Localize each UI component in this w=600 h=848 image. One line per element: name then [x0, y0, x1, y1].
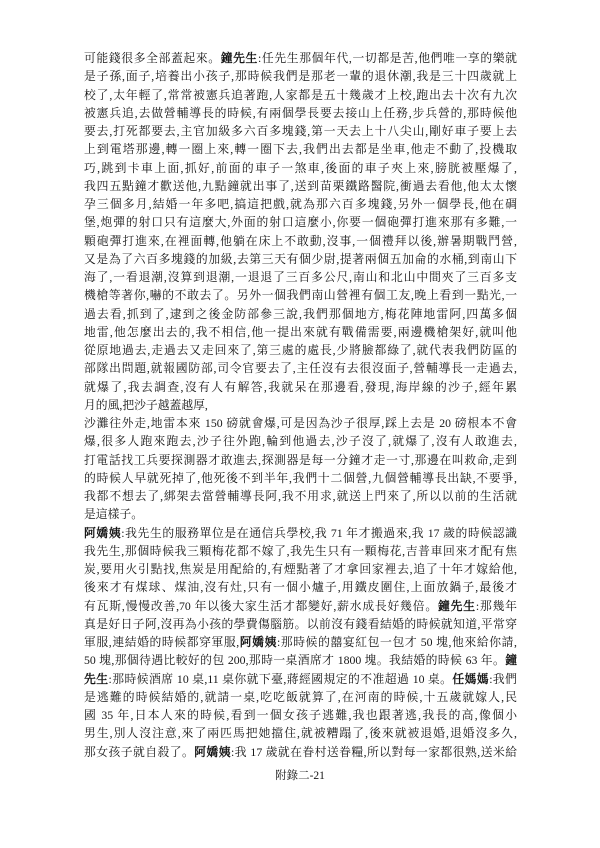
text-run: 要去,打死都要去,主官加級多六百多塊錢,第一天去上十八尖山,剛好車子要上去	[84, 124, 517, 138]
text-line: 我四五點鐘才歡送他,九點鐘就出事了,送到苗栗鐵路醫院,衝過去看他,他太太懷	[84, 177, 517, 195]
text-line: 又是為了六百多塊錢的加級,去第三天有個少尉,提著兩個五加侖的水桶,到南山下	[84, 250, 517, 268]
text-run: :那時候酒席 10 桌,11 桌你就下臺,蔣經國規定的不准超過 10 桌。	[109, 672, 453, 686]
text-run: 海了,一看退潮,沒算到退潮,一退退了三百多公尺,南山和北山中間夾了三百多支	[84, 270, 517, 284]
text-line: 月的風,把沙子越蓋越厚,	[84, 396, 517, 414]
text-line: 先生:那時候酒席 10 桌,11 桌你就下臺,蔣經國規定的不准超過 10 桌。任…	[84, 670, 517, 688]
speaker-name: 鐘	[505, 653, 517, 667]
speaker-name: 先生	[84, 672, 109, 686]
text-line: 男生,別人沒注意,來了兩匹馬把她擋住,就被糟蹋了,後來就被退婚,退婚沒多久,	[84, 724, 517, 742]
text-line: 我先生,那個時候我三顆梅花都不嫁了,我先生只有一顆梅花,吉普車回來才配有焦	[84, 542, 517, 560]
text-run: 上到電塔那邊,轉一圈上來,轉一圈下去,我們出去都是坐車,他走不動了,投機取	[84, 142, 517, 156]
text-line: 地雷,他怎麼出去的,我不相信,他一提出來就有戰備需要,兩邊機槍架好,就叫他	[84, 323, 517, 341]
speaker-name: 鐘先生	[221, 51, 258, 65]
text-run: :我 17 歲就在眷村送眷糧,所以對每一家都很熟,送米給	[231, 745, 517, 759]
text-run: 是逃難的時候結婚的,就請一桌,吃吃飯就算了,在河南的時候,十五歲就嫁人,民	[84, 690, 517, 704]
text-run: 可能錢很多全部蓋起來。	[84, 51, 221, 65]
text-run: :我們	[489, 672, 517, 686]
text-run: 就爆了,我去調查,沒有人有解答,我就呆在那邊看,發現,海岸線的沙子,經年累	[84, 380, 517, 394]
text-line: 要去,打死都要去,主官加級多六百多塊錢,第一天去上十八尖山,剛好車子要上去	[84, 122, 517, 140]
text-run: 軍服,連結婚的時候都穿軍服,	[84, 635, 239, 649]
text-line: 是逃難的時候結婚的,就請一桌,吃吃飯就算了,在河南的時候,十五歲就嫁人,民	[84, 688, 517, 706]
text-line: 50 塊,那個待遇比較好的包 200,那時一桌酒席才 1800 塊。我結婚的時候…	[84, 651, 517, 669]
speaker-name: 阿嬌姨	[194, 745, 231, 759]
text-run: 機槍等著你,嚇的不敢去了。另外一個我們南山營裡有個工友,晚上看到一點光,一	[84, 288, 517, 302]
text-line: 軍服,連結婚的時候都穿軍服,阿嬌姨:那時候的囍宴紅包一包才 50 塊,他來給你請…	[84, 633, 517, 651]
text-run: 我四五點鐘才歡送他,九點鐘就出事了,送到苗栗鐵路醫院,衝過去看他,他太太懷	[84, 179, 517, 193]
text-line: 打電話找工兵要探測器才敢進去,探測器是每一分鐘才走一寸,那邊在叫救命,走到	[84, 451, 517, 469]
text-run: 是子孫,面子,培養出小孩子,那時候我們是那老一輩的退休潮,我是三十四歲就上	[84, 69, 517, 83]
speaker-name: 鐘先生	[438, 599, 476, 613]
document-page: 可能錢很多全部蓋起來。鐘先生:任先生那個年代,一切都是苦,他們唯一享的樂就是子孫…	[0, 0, 600, 848]
text-line: 沙灘往外走,地雷本來 150 磅就會爆,可是因為沙子很厚,踩上去是 20 磅根本…	[84, 414, 517, 432]
text-run: 堡,炮彈的射口只有這麼大,外面的射口這麼小,你要一個砲彈打進來那有多難,一	[84, 215, 517, 229]
text-line: 校了,太年輕了,常常被憲兵追著跑,人家都是五十幾歲才上校,跑出去十次有九次	[84, 86, 517, 104]
speaker-name: 阿嬌姨	[84, 526, 121, 540]
text-line: 機槍等著你,嚇的不敢去了。另外一個我們南山營裡有個工友,晚上看到一點光,一	[84, 286, 517, 304]
text-line: 部隊出問題,就報國防部,司令官要去了,主任沒有去很沒面子,營輔導長一走過去,	[84, 359, 517, 377]
text-line: 爆,很多人跑來跑去,沙子往外跑,輪到他過去,沙子沒了,就爆了,沒有人敢進去,	[84, 432, 517, 450]
text-run: 男生,別人沒注意,來了兩匹馬把她擋住,就被糟蹋了,後來就被退婚,退婚沒多久,	[84, 726, 517, 740]
text-block: 可能錢很多全部蓋起來。鐘先生:任先生那個年代,一切都是苦,他們唯一享的樂就是子孫…	[84, 49, 517, 761]
text-run: 打電話找工兵要探測器才敢進去,探測器是每一分鐘才走一寸,那邊在叫救命,走到	[84, 453, 517, 467]
text-run: 從原地過去,走過去又走回來了,第三處的處長,少將臉都綠了,就代表我們防區的	[84, 343, 517, 357]
text-line: 有瓦斯,慢慢改善,70 年以後大家生活才都變好,薪水成長好幾倍。鐘先生:那幾年	[84, 597, 517, 615]
text-line: 可能錢很多全部蓋起來。鐘先生:任先生那個年代,一切都是苦,他們唯一享的樂就	[84, 49, 517, 67]
text-run: 炭,要用火引點找,焦炭是用配給的,有煙點著了才拿回家裡去,追了十年才嫁給他,	[84, 562, 517, 576]
text-line: 阿嬌姨:我先生的服務單位是在通信兵學校,我 71 年才搬過來,我 17 歲的時候…	[84, 524, 517, 542]
speaker-name: 阿嬌姨	[239, 635, 277, 649]
text-line: 海了,一看退潮,沒算到退潮,一退退了三百多公尺,南山和北山中間夾了三百多支	[84, 268, 517, 286]
text-run: 部隊出問題,就報國防部,司令官要去了,主任沒有去很沒面子,營輔導長一走過去,	[84, 361, 517, 375]
text-run: 爆,很多人跑來跑去,沙子往外跑,輪到他過去,沙子沒了,就爆了,沒有人敢進去,	[84, 434, 517, 448]
text-line: 我都不想去了,綁架去當營輔導長阿,我不用求,就送上門來了,所以以前的生活就	[84, 487, 517, 505]
text-line: 過去看,抓到了,逮到之後金防部參三說,我們那個地方,梅花陣地雷阿,四萬多個	[84, 305, 517, 323]
text-line: 是這樣子。	[84, 505, 517, 523]
text-line: 是子孫,面子,培養出小孩子,那時候我們是那老一輩的退休潮,我是三十四歲就上	[84, 67, 517, 85]
text-line: 孕三個多月,結婚一年多吧,搞這把戲,就為那六百多塊錢,另外一個學長,他在碉	[84, 195, 517, 213]
text-line: 國 35 年,日本人來的時候,看到一個女孩子逃難,我也跟著逃,我長的高,像個小	[84, 706, 517, 724]
text-run: 月的風,把沙子越蓋越厚,	[84, 398, 208, 412]
text-line: 的時候人早就死掉了,他死後不到半年,我們十二個營,九個營輔導長出缺,不要爭,	[84, 469, 517, 487]
text-line: 上到電塔那邊,轉一圈上來,轉一圈下去,我們出去都是坐車,他走不動了,投機取	[84, 140, 517, 158]
text-run: 是這樣子。	[84, 507, 143, 521]
text-run: 真是好日子阿,沒再為小孩的學費傷腦筋。以前沒有錢看結婚的時候就知道,平常穿	[84, 617, 517, 631]
text-run: 那女孩子就自殺了。	[84, 745, 194, 759]
text-run: 又是為了六百多塊錢的加級,去第三天有個少尉,提著兩個五加侖的水桶,到南山下	[84, 252, 517, 266]
text-run: 地雷,他怎麼出去的,我不相信,他一提出來就有戰備需要,兩邊機槍架好,就叫他	[84, 325, 517, 339]
text-line: 就爆了,我去調查,沒有人有解答,我就呆在那邊看,發現,海岸線的沙子,經年累	[84, 378, 517, 396]
text-line: 堡,炮彈的射口只有這麼大,外面的射口這麼小,你要一個砲彈打進來那有多難,一	[84, 213, 517, 231]
text-run: 的時候人早就死掉了,他死後不到半年,我們十二個營,九個營輔導長出缺,不要爭,	[84, 471, 517, 485]
text-run: 國 35 年,日本人來的時候,看到一個女孩子逃難,我也跟著逃,我長的高,像個小	[84, 708, 517, 722]
text-run: 有瓦斯,慢慢改善,70 年以後大家生活才都變好,薪水成長好幾倍。	[84, 599, 438, 613]
page-footer: 附錄二-21	[0, 767, 600, 783]
text-run: 過去看,抓到了,逮到之後金防部參三說,我們那個地方,梅花陣地雷阿,四萬多個	[84, 307, 517, 321]
text-run: 校了,太年輕了,常常被憲兵追著跑,人家都是五十幾歲才上校,跑出去十次有九次	[84, 88, 517, 102]
text-line: 那女孩子就自殺了。阿嬌姨:我 17 歲就在眷村送眷糧,所以對每一家都很熟,送米給	[84, 743, 517, 761]
text-run: 後來才有煤球、煤油,沒有灶,只有一個小爐子,用鐵皮圍住,上面放鍋子,最後才	[84, 580, 517, 594]
text-run: 孕三個多月,結婚一年多吧,搞這把戲,就為那六百多塊錢,另外一個學長,他在碉	[84, 197, 517, 211]
text-run: 沙灘往外走,地雷本來 150 磅就會爆,可是因為沙子很厚,踩上去是 20 磅根本…	[84, 416, 517, 430]
speaker-name: 任媽媽	[452, 672, 489, 686]
text-line: 真是好日子阿,沒再為小孩的學費傷腦筋。以前沒有錢看結婚的時候就知道,平常穿	[84, 615, 517, 633]
text-run: 我都不想去了,綁架去當營輔導長阿,我不用求,就送上門來了,所以以前的生活就	[84, 489, 517, 503]
text-line: 顆砲彈打進來,在裡面轉,他躺在床上不敢動,沒事,一個禮拜以後,辦暑期戰鬥營,	[84, 232, 517, 250]
text-line: 後來才有煤球、煤油,沒有灶,只有一個小爐子,用鐵皮圍住,上面放鍋子,最後才	[84, 578, 517, 596]
text-run: 50 塊,那個待遇比較好的包 200,那時一桌酒席才 1800 塊。我結婚的時候…	[84, 653, 505, 667]
text-run: 我先生,那個時候我三顆梅花都不嫁了,我先生只有一顆梅花,吉普車回來才配有焦	[84, 544, 517, 558]
text-run: :那幾年	[476, 599, 517, 613]
text-run: 被憲兵追,去做營輔導長的時候,有兩個學長要去接山上任務,步兵營的,那時候他	[84, 106, 517, 120]
text-run: 巧,跳到卡車上面,抓好,前面的車子一煞車,後面的車子夾上來,膀胱被壓爆了,	[84, 161, 517, 175]
text-line: 炭,要用火引點找,焦炭是用配給的,有煙點著了才拿回家裡去,追了十年才嫁給他,	[84, 560, 517, 578]
text-line: 被憲兵追,去做營輔導長的時候,有兩個學長要去接山上任務,步兵營的,那時候他	[84, 104, 517, 122]
text-run: :我先生的服務單位是在通信兵學校,我 71 年才搬過來,我 17 歲的時候認識	[121, 526, 517, 540]
text-run: :任先生那個年代,一切都是苦,他們唯一享的樂就	[258, 51, 517, 65]
text-line: 巧,跳到卡車上面,抓好,前面的車子一煞車,後面的車子夾上來,膀胱被壓爆了,	[84, 159, 517, 177]
text-line: 從原地過去,走過去又走回來了,第三處的處長,少將臉都綠了,就代表我們防區的	[84, 341, 517, 359]
text-run: :那時候的囍宴紅包一包才 50 塊,他來給你請,	[277, 635, 517, 649]
text-run: 顆砲彈打進來,在裡面轉,他躺在床上不敢動,沒事,一個禮拜以後,辦暑期戰鬥營,	[84, 234, 517, 248]
